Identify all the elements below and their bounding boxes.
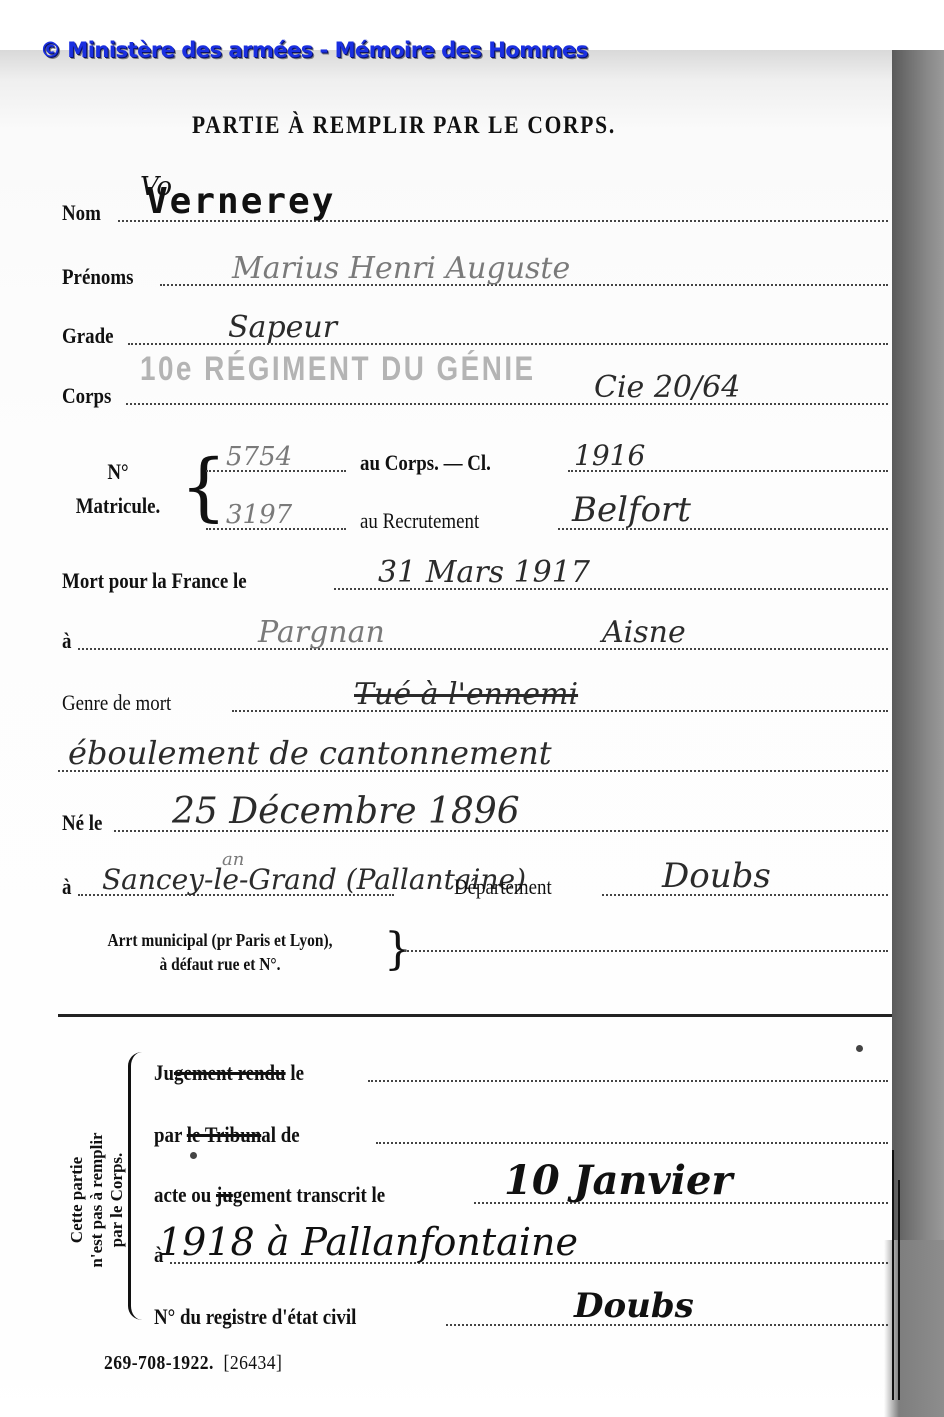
jugement-label-post: le xyxy=(286,1060,304,1085)
transcription-brace xyxy=(128,1052,145,1320)
arrondissement-label-line1: Arrt municipal (pr Paris et Lyon), xyxy=(82,928,357,952)
margin-line xyxy=(892,1150,894,1400)
print-reference: 269-708-1922. [26434] xyxy=(104,1352,282,1375)
jugement-label-pre: Ju xyxy=(154,1060,174,1085)
corps-label: Corps xyxy=(62,383,111,409)
ink-spot xyxy=(856,1045,863,1052)
lieu-mort-label: à xyxy=(62,628,71,654)
departement-label: Département xyxy=(454,874,552,900)
naissance-row: Né le 25 Décembre 1896 xyxy=(62,800,888,840)
registre-value: Doubs xyxy=(574,1286,694,1326)
dotted-line xyxy=(376,1142,888,1144)
nom-value: Vernerey xyxy=(146,181,335,222)
dotted-line xyxy=(126,403,888,405)
au-corps-label: au Corps. — Cl. xyxy=(360,450,491,476)
matricule-label: N° Matricule. xyxy=(58,455,178,523)
lieu-mort-dept: Aisne xyxy=(602,615,686,650)
margin-line xyxy=(898,1180,900,1400)
registre-row: N° du registre d'état civil Doubs xyxy=(154,1294,888,1334)
ink-spot xyxy=(190,1152,197,1159)
corps-value: Cie 20/64 xyxy=(594,370,740,405)
copyright-watermark: © Ministère des armées - Mémoire des Hom… xyxy=(40,38,588,62)
mort-label: Mort pour la France le xyxy=(62,568,247,594)
grade-label: Grade xyxy=(62,323,114,349)
genre-mort-row: Genre de mort Tué à l'ennemi xyxy=(62,680,888,720)
section-separator xyxy=(58,1014,892,1017)
print-code: 269-708-1922. xyxy=(104,1352,214,1374)
tribunal-row: par le Tribunal de xyxy=(154,1112,888,1152)
prenoms-row: Prénoms Marius Henri Auguste xyxy=(62,254,888,294)
dotted-line xyxy=(368,1080,888,1082)
naissance-label: Né le xyxy=(62,810,102,836)
grade-row: Grade Sapeur xyxy=(62,313,888,353)
lieu-mort-row: à Pargnan Aisne xyxy=(62,618,888,658)
acte-label: acte ou jugement transcrit le xyxy=(154,1182,385,1208)
tribunal-label-post: al de xyxy=(261,1122,299,1147)
acte-label-struck: ju xyxy=(216,1182,233,1207)
arrondissement-label-line2: à défaut rue et N°. xyxy=(82,952,357,976)
matricule-corps-row: 5754 au Corps. — Cl. 1916 xyxy=(206,440,888,480)
matricule-label-text: Matricule. xyxy=(66,489,169,523)
nom-label: Nom xyxy=(62,200,101,226)
matricule-recrutement-row: 3197 au Recrutement Belfort xyxy=(206,498,888,538)
au-recrutement-label: au Recrutement xyxy=(360,508,479,534)
recrutement-value: Belfort xyxy=(572,490,691,530)
genre-mort-continuation: éboulement de cantonnement xyxy=(68,734,552,772)
dotted-line xyxy=(78,648,888,650)
genre-mort-struck: Tué à l'ennemi xyxy=(354,677,578,712)
genre-mort-continuation-row: éboulement de cantonnement xyxy=(58,740,888,780)
jugement-label-struck: gement rendu xyxy=(174,1060,286,1085)
departement-value: Doubs xyxy=(662,856,771,896)
lieu-transcription-value: 1918 à Pallanfontaine xyxy=(158,1220,578,1264)
tribunal-label-struck: le Tribun xyxy=(187,1122,261,1147)
matricule-label-no: N° xyxy=(66,455,169,489)
naissance-value: 25 Décembre 1896 xyxy=(172,791,520,832)
nom-row: Nom Vo Vernerey xyxy=(62,190,888,230)
matricule-corps-number: 5754 xyxy=(226,442,292,472)
lieu-transcription-row: à 1918 à Pallanfontaine xyxy=(154,1232,888,1272)
side-note-line3: par le Corps. xyxy=(107,1132,127,1267)
matricule-recrutement-number: 3197 xyxy=(226,500,292,530)
corps-row: Corps Cie 20/64 xyxy=(62,373,888,413)
lieu-naissance-row: à an Sancey-le-Grand (Pallantaine) Dépar… xyxy=(62,864,888,904)
jugement-label: Jugement rendu le xyxy=(154,1060,304,1086)
side-note-line2: n'est pas à remplir xyxy=(87,1132,107,1267)
prenoms-label: Prénoms xyxy=(62,264,133,290)
side-note-line1: Cette partie xyxy=(67,1132,87,1267)
genre-mort-label: Genre de mort xyxy=(62,690,171,716)
form-title: PARTIE À REMPLIR PAR LE CORPS. xyxy=(192,112,616,140)
jugement-row: Jugement rendu le xyxy=(154,1050,888,1090)
grade-value: Sapeur xyxy=(228,310,337,345)
registre-label: N° du registre d'état civil xyxy=(154,1304,356,1330)
acte-row: acte ou jugement transcrit le 10 Janvier xyxy=(154,1172,888,1212)
prenoms-value: Marius Henri Auguste xyxy=(232,251,570,286)
arrondissement-dotted-line xyxy=(404,950,888,952)
arrondissement-label: Arrt municipal (pr Paris et Lyon), à déf… xyxy=(60,928,380,976)
acte-value: 10 Janvier xyxy=(504,1157,732,1204)
lieu-naissance-label: à xyxy=(62,874,71,900)
classe-value: 1916 xyxy=(574,439,645,472)
lieu-mort-place: Pargnan xyxy=(258,615,385,650)
print-ref: [26434] xyxy=(224,1352,283,1374)
acte-label-post: gement transcrit le xyxy=(233,1182,385,1207)
acte-label-pre: acte ou xyxy=(154,1182,216,1207)
tribunal-label-pre: par xyxy=(154,1122,187,1147)
tribunal-label: par le Tribunal de xyxy=(154,1122,300,1148)
mort-value: 31 Mars 1917 xyxy=(378,555,590,590)
mort-row: Mort pour la France le 31 Mars 1917 xyxy=(62,558,888,598)
